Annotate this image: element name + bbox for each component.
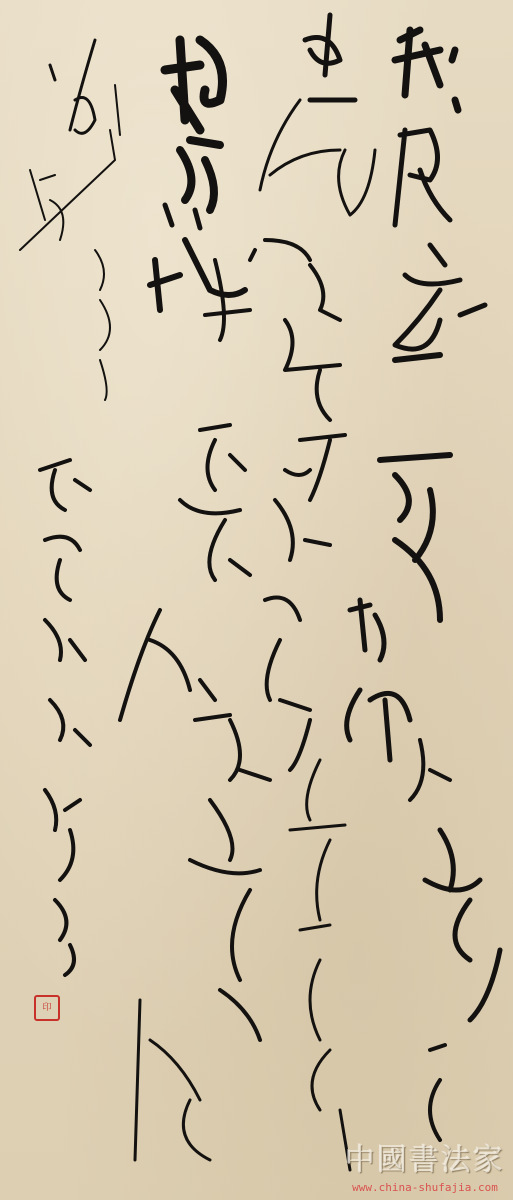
calligraphy-scroll: 印 中國書法家 www.china-shufajia.com <box>0 0 513 1200</box>
watermark-site-name: 中國書法家 <box>340 1135 510 1179</box>
seal-text: 印 <box>42 1004 51 1013</box>
calligraphy-strokes <box>0 0 513 1200</box>
watermark-url: www.china-shufajia.com <box>340 1181 510 1194</box>
watermark: 中國書法家 www.china-shufajia.com <box>340 1135 510 1194</box>
red-seal-stamp: 印 <box>34 995 60 1021</box>
